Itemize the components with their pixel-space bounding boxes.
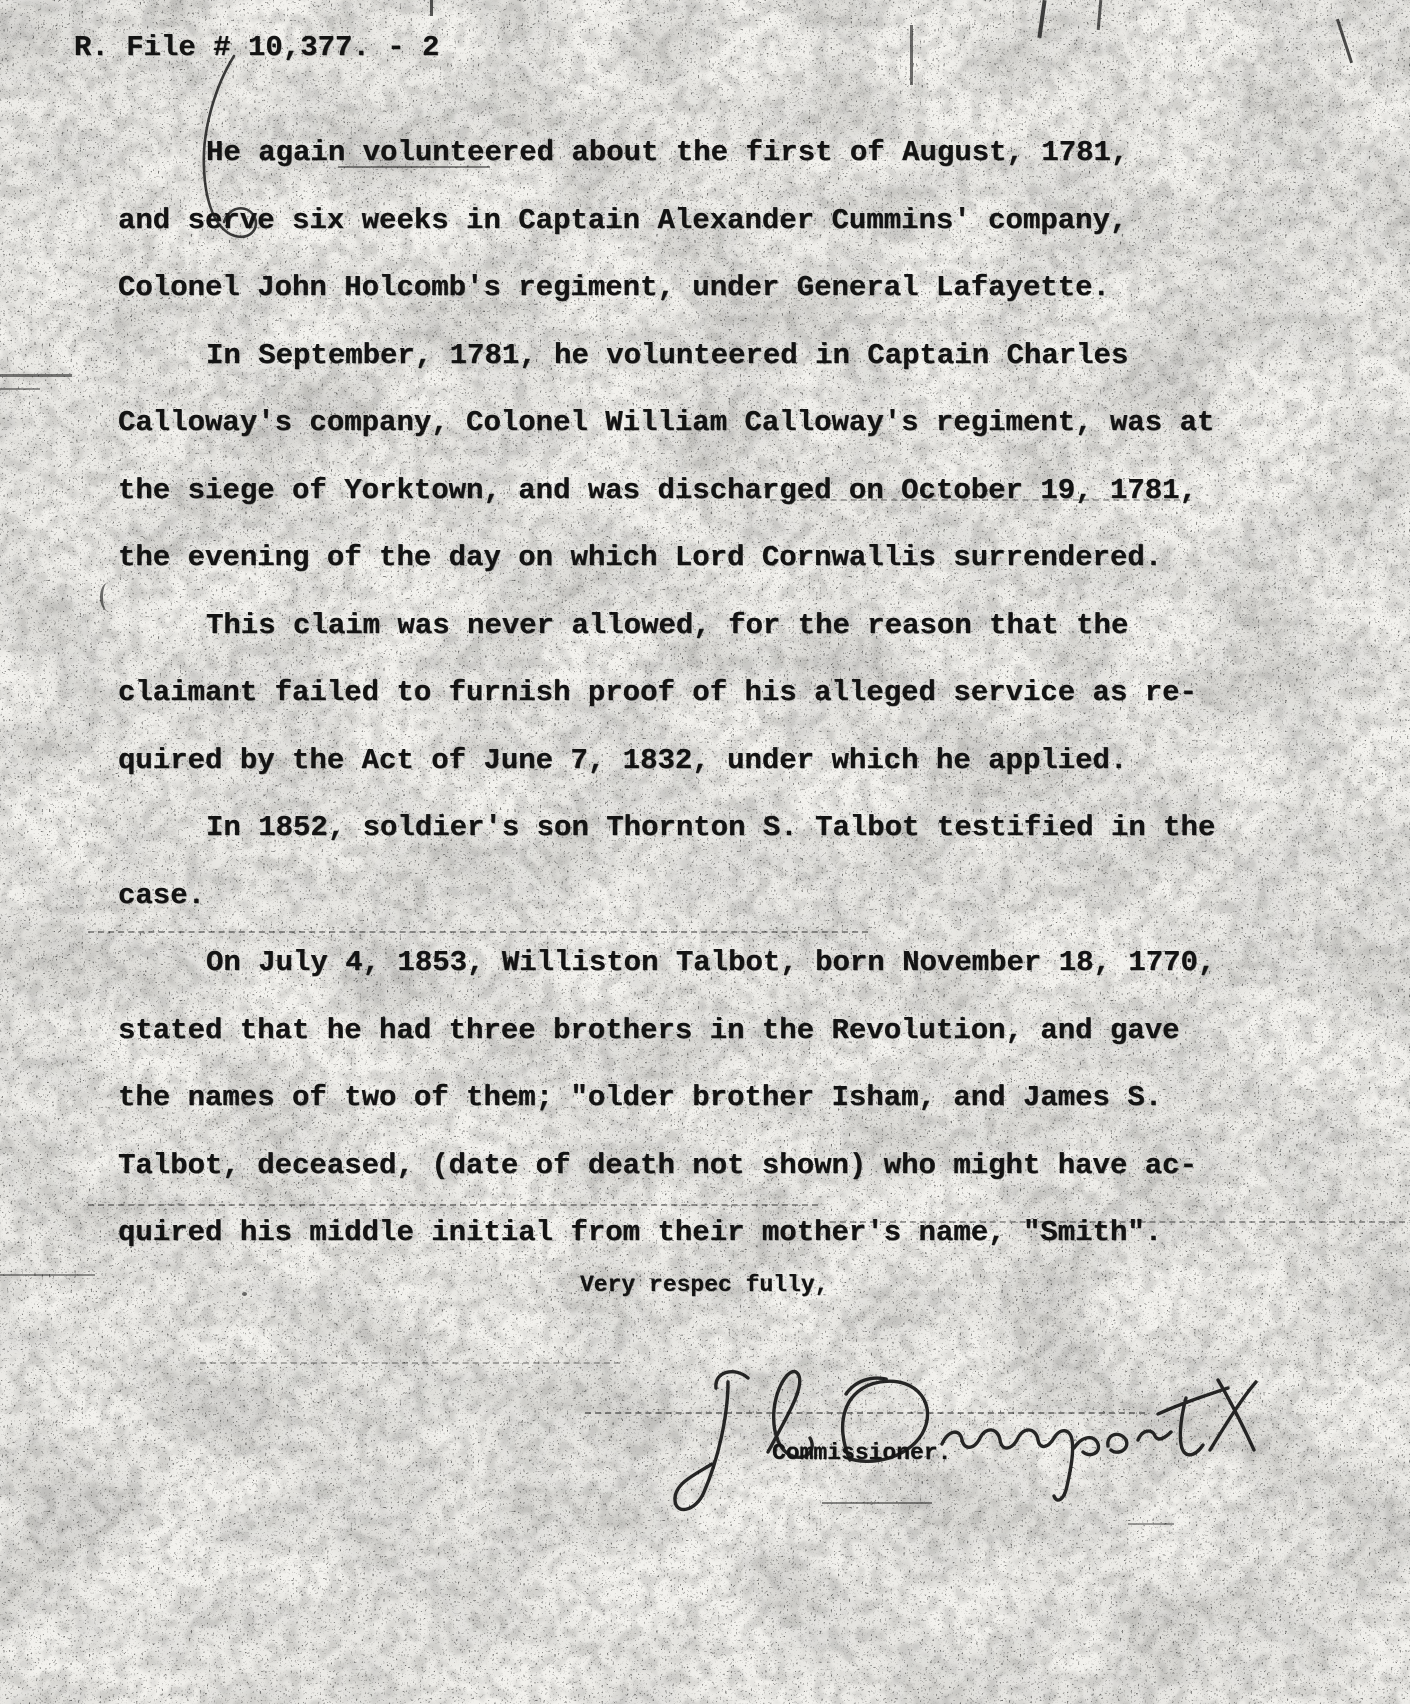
typewritten-line: quired by the Act of June 7, 1832, under…	[118, 727, 1318, 795]
typewritten-line: On July 4, 1853, Williston Talbot, born …	[118, 929, 1318, 997]
typewritten-line: stated that he had three brothers in the…	[118, 997, 1318, 1065]
signature-name-text: J. L. Davenport	[770, 0, 771, 1]
typewritten-line: quired his middle initial from their mot…	[118, 1199, 1318, 1267]
scanned-document-page: R. File # 10,377. - 2 He again volunteer…	[0, 0, 1410, 1704]
pen-stroke-mark	[168, 38, 288, 258]
scan-artifact	[100, 583, 115, 611]
typewritten-line: In September, 1781, he volunteered in Ca…	[118, 322, 1318, 390]
signature-handwriting	[650, 1352, 1290, 1522]
typewritten-line: Talbot, deceased, (date of death not sho…	[118, 1132, 1318, 1200]
typewritten-line: Calloway's company, Colonel William Call…	[118, 389, 1318, 457]
typewritten-line: claimant failed to furnish proof of his …	[118, 659, 1318, 727]
scan-artifact	[430, 0, 433, 16]
scan-artifact	[1097, 0, 1103, 30]
scan-artifact	[242, 1292, 247, 1296]
letter-body: He again volunteered about the first of …	[118, 119, 1318, 1267]
typewritten-line: In 1852, soldier's son Thornton S. Talbo…	[118, 794, 1318, 862]
valediction: Very respec fully,	[580, 1272, 828, 1298]
scan-artifact	[910, 25, 913, 85]
typewritten-line: case.	[118, 862, 1318, 930]
typewritten-line: He again volunteered about the first of …	[118, 119, 1318, 187]
scan-artifact	[1037, 0, 1046, 38]
typewritten-line: the evening of the day on which Lord Cor…	[118, 524, 1318, 592]
scan-artifact	[1336, 19, 1353, 64]
scan-artifact	[0, 374, 72, 377]
typewritten-line: the names of two of them; "older brother…	[118, 1064, 1318, 1132]
typewritten-line: Colonel John Holcomb's regiment, under G…	[118, 254, 1318, 322]
scan-artifact	[200, 1362, 620, 1364]
scan-artifact	[1128, 1523, 1174, 1525]
typewritten-line: This claim was never allowed, for the re…	[118, 592, 1318, 660]
typewritten-line: the siege of Yorktown, and was discharge…	[118, 457, 1318, 525]
typewritten-line: and serve six weeks in Captain Alexander…	[118, 187, 1318, 255]
scan-artifact	[0, 1274, 95, 1276]
scan-artifact	[0, 388, 40, 390]
